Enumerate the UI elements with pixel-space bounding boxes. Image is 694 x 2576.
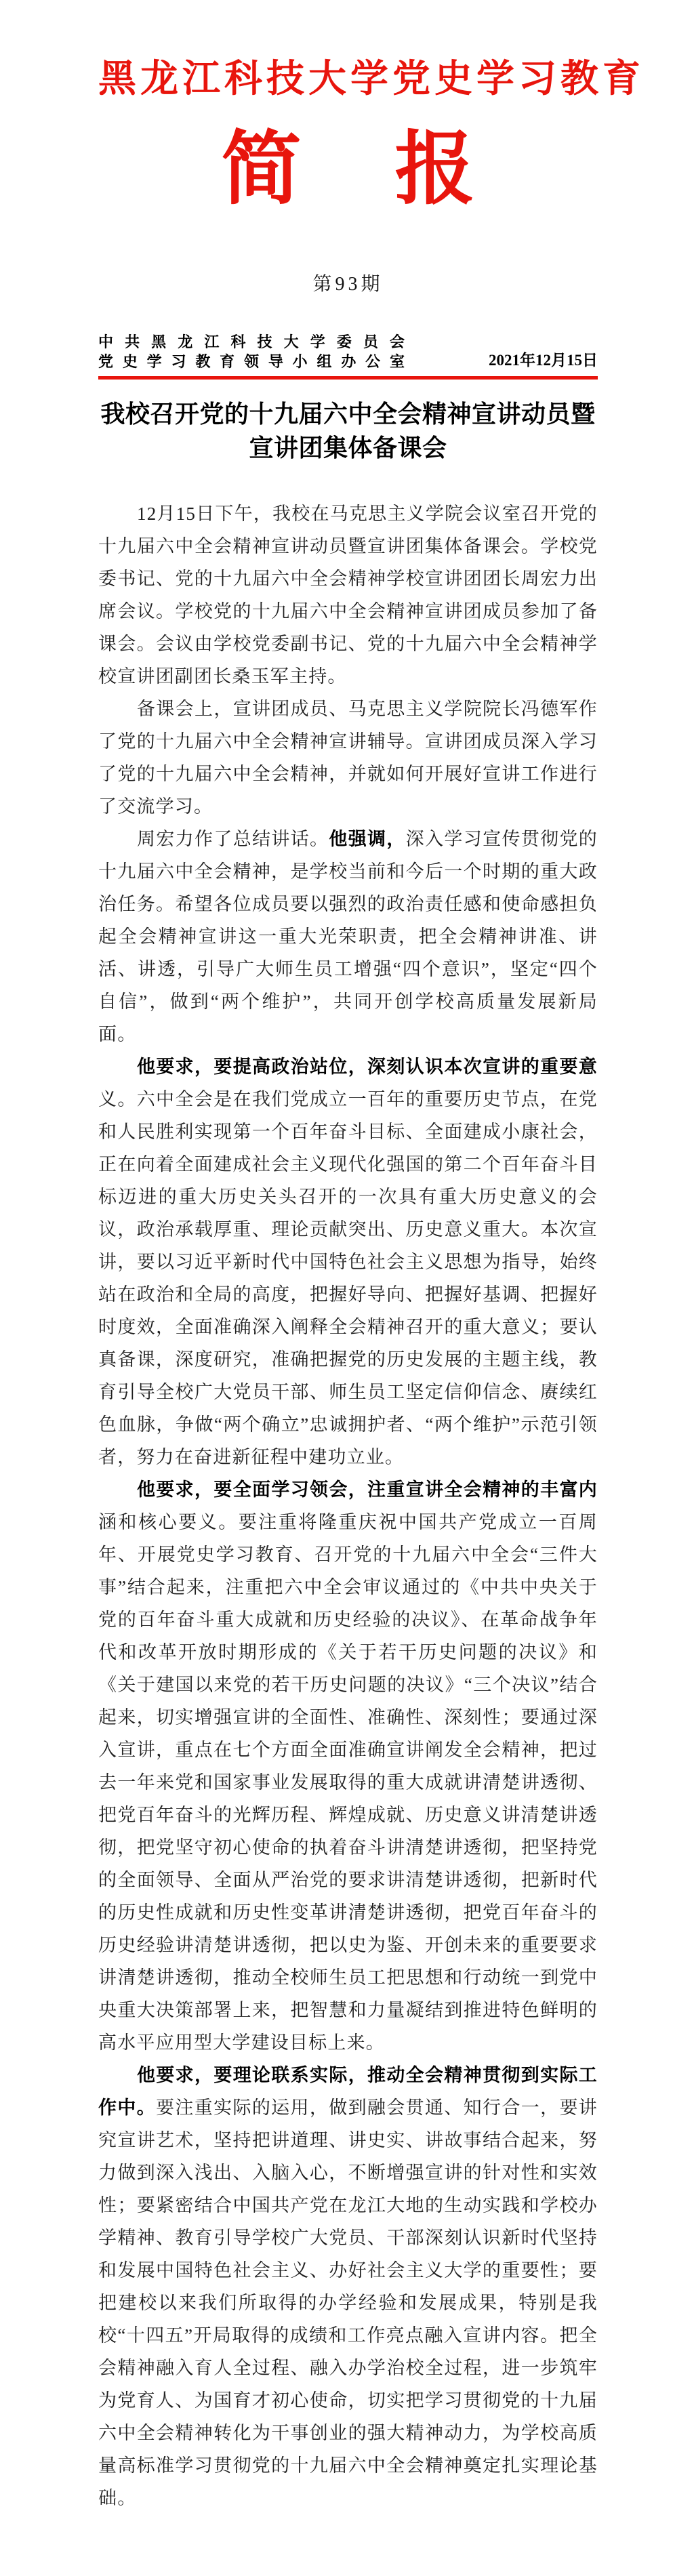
- article-title-line-2: 宣讲团集体备课会: [98, 431, 598, 465]
- article-title: 我校召开党的十九届六中全会精神宣讲动员暨 宣讲团集体备课会: [98, 397, 598, 465]
- issue-number: 第93期: [98, 275, 598, 294]
- body-paragraph: 他要求，要全面学习领会，注重宣讲全会精神的丰富内涵和核心要义。要注重将隆重庆祝中…: [98, 1473, 598, 2059]
- paragraph-text: 备课会上，宣讲团成员、马克思主义学院院长冯德军作了党的十九届六中全会精神宣讲辅导…: [98, 699, 598, 817]
- body-paragraph: 他要求，要提高政治站位，深刻认识本次宣讲的重要意义。六中全会是在我们党成立一百年…: [98, 1050, 598, 1473]
- paragraph-bold-lead: 他要求，要提高政治站位，深刻认识本次宣讲的重要意: [137, 1057, 598, 1077]
- paragraph-text: 深入学习宣传贯彻党的十九届六中全会精神，是学校当前和今后一个时期的重大政治任务。…: [98, 829, 598, 1044]
- issuing-org-block: 中共黑龙江科技大学委员会 党史学习教育领导小组办公室: [98, 332, 405, 371]
- red-divider-rule: [98, 376, 598, 380]
- bulletin-page: 黑龙江科技大学党史学习教育 简 报 第93期 中共黑龙江科技大学委员会 党史学习…: [0, 0, 694, 2576]
- paragraph-text: 涵和核心要义。要注重将隆重庆祝中国共产党成立一百周年、开展党史学习教育、召开党的…: [98, 1512, 598, 2053]
- body-paragraph: 周宏力作了总结讲话。他强调，深入学习宣传贯彻党的十九届六中全会精神，是学校当前和…: [98, 823, 598, 1050]
- bulletin-char-jian: 简: [221, 130, 301, 210]
- paragraph-text: 要注重实际的运用，做到融会贯通、知行合一，要讲究宣讲艺术，坚持把讲道理、讲史实、…: [98, 2098, 598, 2508]
- body-paragraph: 12月15日下午，我校在马克思主义学院会议室召开党的十九届六中全会精神宣讲动员暨…: [98, 497, 598, 693]
- org-line-2: 党史学习教育领导小组办公室: [98, 352, 405, 371]
- paragraph-bold-lead: 他强调，: [329, 829, 405, 849]
- article-body: 12月15日下午，我校在马克思主义学院会议室召开党的十九届六中全会精神宣讲动员暨…: [98, 497, 598, 2514]
- paragraph-text: 周宏力作了总结讲话。: [137, 829, 329, 849]
- paragraph-bold-lead: 他要求，要全面学习领会，注重宣讲全会精神的丰富内: [137, 1479, 598, 1500]
- org-line-1: 中共黑龙江科技大学委员会: [98, 332, 405, 352]
- paragraph-text: 12月15日下午，我校在马克思主义学院会议室召开党的十九届六中全会精神宣讲动员暨…: [98, 504, 598, 687]
- bulletin-char-bao: 报: [395, 130, 475, 210]
- body-paragraph: 他要求，要理论联系实际，推动全会精神贯彻到实际工作中。要注重实际的运用，做到融会…: [98, 2059, 598, 2514]
- body-paragraph: 备课会上，宣讲团成员、马克思主义学院院长冯德军作了党的十九届六中全会精神宣讲辅导…: [98, 693, 598, 823]
- bulletin-name: 简 报: [98, 130, 598, 210]
- masthead-title: 黑龙江科技大学党史学习教育: [98, 60, 598, 99]
- org-date-row: 中共黑龙江科技大学委员会 党史学习教育领导小组办公室 2021年12月15日: [98, 332, 598, 371]
- article-title-line-1: 我校召开党的十九届六中全会精神宣讲动员暨: [98, 397, 598, 431]
- paragraph-text: 义。六中全会是在我们党成立一百年的重要历史节点，在党和人民胜利实现第一个百年奋斗…: [98, 1089, 598, 1467]
- issue-date: 2021年12月15日: [489, 348, 598, 371]
